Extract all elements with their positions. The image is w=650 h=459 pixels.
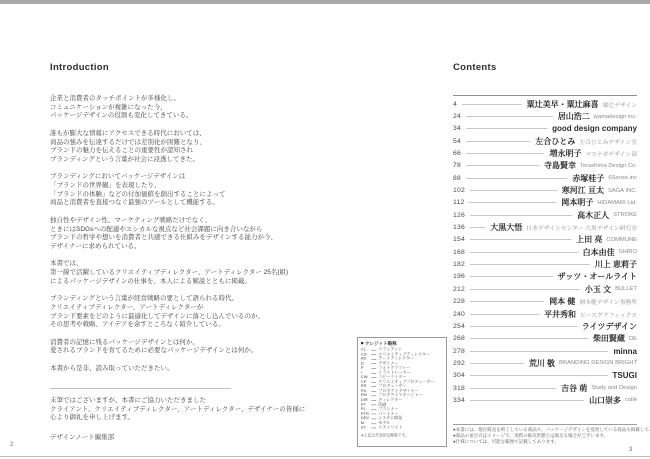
leader-line	[466, 178, 567, 179]
contents-entry: 268 柴田賢蔵 DE	[453, 333, 637, 345]
contents-entry: 334 山口崇多 collé	[453, 394, 637, 406]
contents-entry: 78 寺島賢幸 Terashima Design Co.	[453, 160, 637, 172]
intro-paragraph: 独自性やデザイン性、マーケティング戦略だけでなく、 ときにはSDGsへの配慮やエ…	[50, 217, 318, 252]
entry-name: 増永明子	[549, 148, 581, 159]
entry-page-number: 78	[453, 162, 461, 169]
leader-line	[371, 354, 376, 355]
leader-line	[470, 314, 539, 315]
leader-line	[470, 276, 553, 277]
leader-line	[371, 418, 376, 419]
editorial-signature: デザインノート編集部	[50, 432, 318, 441]
legend-list: CL クライアント CD クリエイティブディレクター AD アートディレクター	[361, 348, 445, 430]
intro-paragraph: 本書から是非、読み取っていただきたい。	[50, 365, 318, 374]
leader-line	[371, 373, 376, 374]
entry-affiliation: 左合ひとみデザイン室	[579, 137, 637, 146]
contents-entry: 126 高木正人 STROKE	[453, 209, 637, 221]
entry-affiliation: 岡本健デザイン事務所	[579, 297, 637, 306]
leader-line	[371, 409, 376, 410]
contents-entry: 228 岡本 健 岡本健デザイン事務所	[453, 296, 637, 308]
entry-page-number: 168	[453, 249, 465, 256]
legend-label: スタイリスト	[378, 426, 445, 431]
contents-entry: 66 増永明子 マスナガデザイン部	[453, 147, 637, 159]
leader-line	[371, 414, 376, 415]
leader-line	[470, 289, 580, 290]
closing-paragraph: 末筆ではございますが、本書にご協力いただきました クライアント、クリエイティブデ…	[50, 397, 318, 423]
leader-line	[466, 116, 553, 117]
entry-name: ザッツ・オールライト	[558, 271, 637, 282]
book-spread: Introduction 企業と消費者のタッチポイントが多様化し、 コミュニケー…	[0, 4, 650, 456]
entry-affiliation: STROKE	[613, 212, 637, 218]
intro-paragraph: ブランディングにおいてパッケージデザインは 「ブランドの世界観」を表現したり、 …	[50, 173, 318, 208]
square-bullet-icon: ■	[361, 341, 364, 346]
entry-affiliation: collé	[625, 397, 637, 403]
contents-entry: 240 平井秀和 ピースグラフィックス	[453, 308, 637, 320]
entry-affiliation: 6Sense.inc	[608, 175, 637, 181]
contents-entry: 88 赤塚桂子 6Sense.inc	[453, 172, 637, 184]
entry-name: 岡本 健	[549, 296, 575, 307]
intro-paragraph: 消費者の記憶に残るパッケージデザインとは何か。 愛されるブランドを育てるために必…	[50, 339, 318, 356]
entry-name: 小玉 文	[585, 284, 611, 295]
contents-entry: 182 川上 恵莉子	[453, 258, 637, 270]
leader-line	[371, 386, 376, 387]
leader-line	[470, 338, 588, 339]
legend-header-label: クレジット略称	[365, 340, 397, 346]
leader-line	[371, 428, 376, 429]
leader-line	[470, 301, 544, 302]
entry-page-number: 212	[453, 286, 465, 293]
contents-entry: 4 粟辻美早・粟辻麻喜 粟辻デザイン	[453, 98, 637, 110]
contents-entry: 318 吉谷 萌 Study and Design	[453, 382, 637, 394]
entry-page-number: 304	[453, 372, 465, 379]
leader-line	[470, 326, 577, 327]
entry-name: 左合ひとみ	[535, 136, 575, 147]
entry-affiliation: マスナガデザイン部	[585, 149, 637, 158]
entry-affiliation: COMMUNE	[606, 237, 637, 243]
leader-line	[371, 396, 376, 397]
entry-affiliation: BULLET	[615, 286, 637, 292]
leader-line	[470, 215, 572, 216]
footnote-list: ●本書には、現在販売を終了している商品や、パッケージデザインを変更している商品も…	[453, 427, 637, 445]
entry-affiliation: iyamadesign inc.	[594, 114, 637, 120]
leader-line	[466, 165, 539, 166]
divider	[453, 424, 637, 425]
leader-line	[462, 104, 522, 105]
entry-page-number: 228	[453, 298, 465, 305]
entry-name: 寺島賢幸	[544, 160, 576, 171]
contents-footer: ●本書には、現在販売を終了している商品や、パッケージデザインを変更している商品も…	[453, 424, 637, 451]
entry-page-number: 196	[453, 273, 465, 280]
entry-name: 赤塚桂子	[572, 173, 604, 184]
entry-name: 上田 亮	[576, 234, 602, 245]
spread-bottom-edge	[0, 456, 650, 457]
contents-entry: 154 上田 亮 COMMUNE	[453, 234, 637, 246]
entry-name: good design company	[552, 124, 637, 133]
entry-name: 山口崇多	[589, 395, 621, 406]
entry-name: 大黒大悟	[490, 222, 522, 233]
leader-line	[371, 391, 376, 392]
contents-entry: 212 小玉 文 BULLET	[453, 283, 637, 295]
leader-line	[469, 202, 556, 203]
leader-line	[470, 264, 590, 265]
entry-affiliation: 日本デザインセンター 大黒デザイン研究室	[526, 223, 637, 232]
leader-line	[371, 405, 376, 406]
leader-line	[470, 252, 578, 253]
contents-entry: 304 TSUGI	[453, 370, 637, 382]
intro-paragraph: 誰もが膨大な情報にアクセスできる時代においては、 商品の強みを伝達するだけでは差…	[50, 130, 318, 165]
entry-name: 居山浩二	[558, 111, 590, 122]
leader-line	[470, 351, 608, 352]
entry-affiliation: ピースグラフィックス	[580, 310, 637, 319]
entry-page-number: 182	[453, 261, 465, 268]
leader-line	[470, 363, 524, 364]
contents-entry: 196 ザッツ・オールライト	[453, 271, 637, 283]
page-number-left: 2	[10, 442, 13, 448]
leader-line	[371, 377, 376, 378]
entry-page-number: 102	[453, 187, 465, 194]
entry-name: 川上 恵莉子	[595, 259, 637, 270]
entry-name: minna	[613, 347, 637, 356]
entry-page-number: 54	[453, 138, 461, 145]
contents-entry: 292 荒川 敬 BRANDING DESIGN BRIGHT	[453, 357, 637, 369]
contents-entry: 54 左合ひとみ 左合ひとみデザイン室	[453, 135, 637, 147]
entry-page-number: 268	[453, 335, 465, 342]
entry-name: 荒川 敬	[529, 358, 555, 369]
contents-entry: 102 寒河江 亘太 SAGA INC.	[453, 184, 637, 196]
entry-page-number: 126	[453, 212, 465, 219]
contents-entry: 112 岡本明子 HIDAMARI Ltd.	[453, 197, 637, 209]
entry-name: 柴田賢蔵	[593, 333, 625, 344]
entry-affiliation: 粟辻デザイン	[603, 100, 637, 109]
contents-entry: 136 大黒大悟 日本デザインセンター 大黒デザイン研究室	[453, 221, 637, 233]
leader-line	[470, 388, 556, 389]
page-number-right: 3	[629, 447, 632, 453]
entry-name: ライツデザイン	[582, 321, 637, 332]
intro-paragraph: 企業と消費者のタッチポイントが多様化し、 コミュニケーションが複雑になった今、 …	[50, 95, 318, 121]
leader-line	[470, 400, 584, 401]
contents-top-rule	[453, 95, 637, 96]
leader-line	[470, 227, 485, 228]
contents-list: 4 粟辻美早・粟辻麻喜 粟辻デザイン 24 居山浩二 iyamadesign i…	[453, 98, 637, 407]
entry-name: 高木正人	[577, 210, 609, 221]
divider	[50, 388, 231, 389]
legend-note: ※上記は代表的な略称です。	[361, 432, 445, 438]
entry-page-number: 34	[453, 125, 461, 132]
contents-entry: 278 minna	[453, 345, 637, 357]
entry-page-number: 136	[453, 224, 465, 231]
entry-page-number: 4	[453, 101, 457, 108]
leader-line	[466, 153, 544, 154]
entry-name: 吉谷 萌	[561, 383, 587, 394]
leader-line	[470, 239, 571, 240]
entry-name: 粟辻美早・粟辻麻喜	[527, 99, 599, 110]
introduction-title: Introduction	[50, 62, 109, 73]
entry-page-number: 24	[453, 113, 461, 120]
entry-name: 岡本明子	[561, 197, 593, 208]
entry-page-number: 278	[453, 348, 465, 355]
entry-page-number: 240	[453, 311, 465, 318]
introduction-body: 企業と消費者のタッチポイントが多様化し、 コミュニケーションが複雑になった今、 …	[50, 95, 318, 382]
entry-page-number: 88	[453, 175, 461, 182]
leader-line	[466, 128, 547, 129]
contents-title: Contents	[453, 62, 497, 73]
entry-affiliation: SHIRO	[619, 249, 637, 255]
intro-paragraph: 本書では、 第一線で活躍しているクリエイティブディレクター、アートディレクター …	[50, 260, 318, 286]
leader-line	[371, 359, 376, 360]
leader-line	[470, 190, 557, 191]
entry-affiliation: HIDAMARI Ltd.	[597, 200, 637, 206]
contents-entry: 168 白本由佳 SHIRO	[453, 246, 637, 258]
leader-line	[371, 368, 376, 369]
leader-line	[371, 400, 376, 401]
entry-page-number: 66	[453, 150, 461, 157]
entry-affiliation: BRANDING DESIGN BRIGHT	[559, 360, 637, 366]
contents-entry: 254 ライツデザイン	[453, 320, 637, 332]
leader-line	[470, 375, 608, 376]
entry-page-number: 292	[453, 360, 465, 367]
entry-affiliation: SAGA INC.	[608, 188, 637, 194]
introduction-footer: 末筆ではございますが、本書にご協力いただきました クライアント、クリエイティブデ…	[50, 386, 318, 441]
leader-line	[371, 382, 376, 383]
entry-name: 寒河江 亘太	[562, 185, 604, 196]
contents-entry: 24 居山浩二 iyamadesign inc.	[453, 110, 637, 122]
entry-page-number: 254	[453, 323, 465, 330]
entry-page-number: 318	[453, 385, 465, 392]
legend-item: ST スタイリスト	[361, 426, 445, 431]
footnote-line: ●仕様については、可能な範囲で記載してあります。	[453, 439, 637, 445]
entry-name: 平井秀和	[544, 309, 576, 320]
entry-affiliation: Terashima Design Co.	[580, 163, 637, 169]
entry-page-number: 334	[453, 397, 465, 404]
entry-affiliation: Study and Design	[591, 385, 637, 391]
legend-header: ■ クレジット略称	[361, 340, 445, 346]
leader-line	[371, 350, 376, 351]
entry-name: 白本由佳	[583, 247, 615, 258]
legend-abbreviation: ST	[361, 426, 372, 431]
intro-paragraph: ブランディングという言葉が経営戦略の要として語られる時代、 クリエイティブディレ…	[50, 295, 318, 330]
credit-legend-box: ■ クレジット略称 CL クライアント CD クリエイティブディレクター	[357, 337, 447, 447]
entry-page-number: 112	[453, 199, 464, 206]
entry-affiliation: DE	[629, 336, 637, 342]
contents-entry: 34 good design company	[453, 123, 637, 135]
entry-page-number: 154	[453, 236, 465, 243]
leader-line	[371, 363, 376, 364]
leader-line	[371, 423, 376, 424]
leader-line	[466, 141, 530, 142]
entry-name: TSUGI	[613, 371, 637, 380]
